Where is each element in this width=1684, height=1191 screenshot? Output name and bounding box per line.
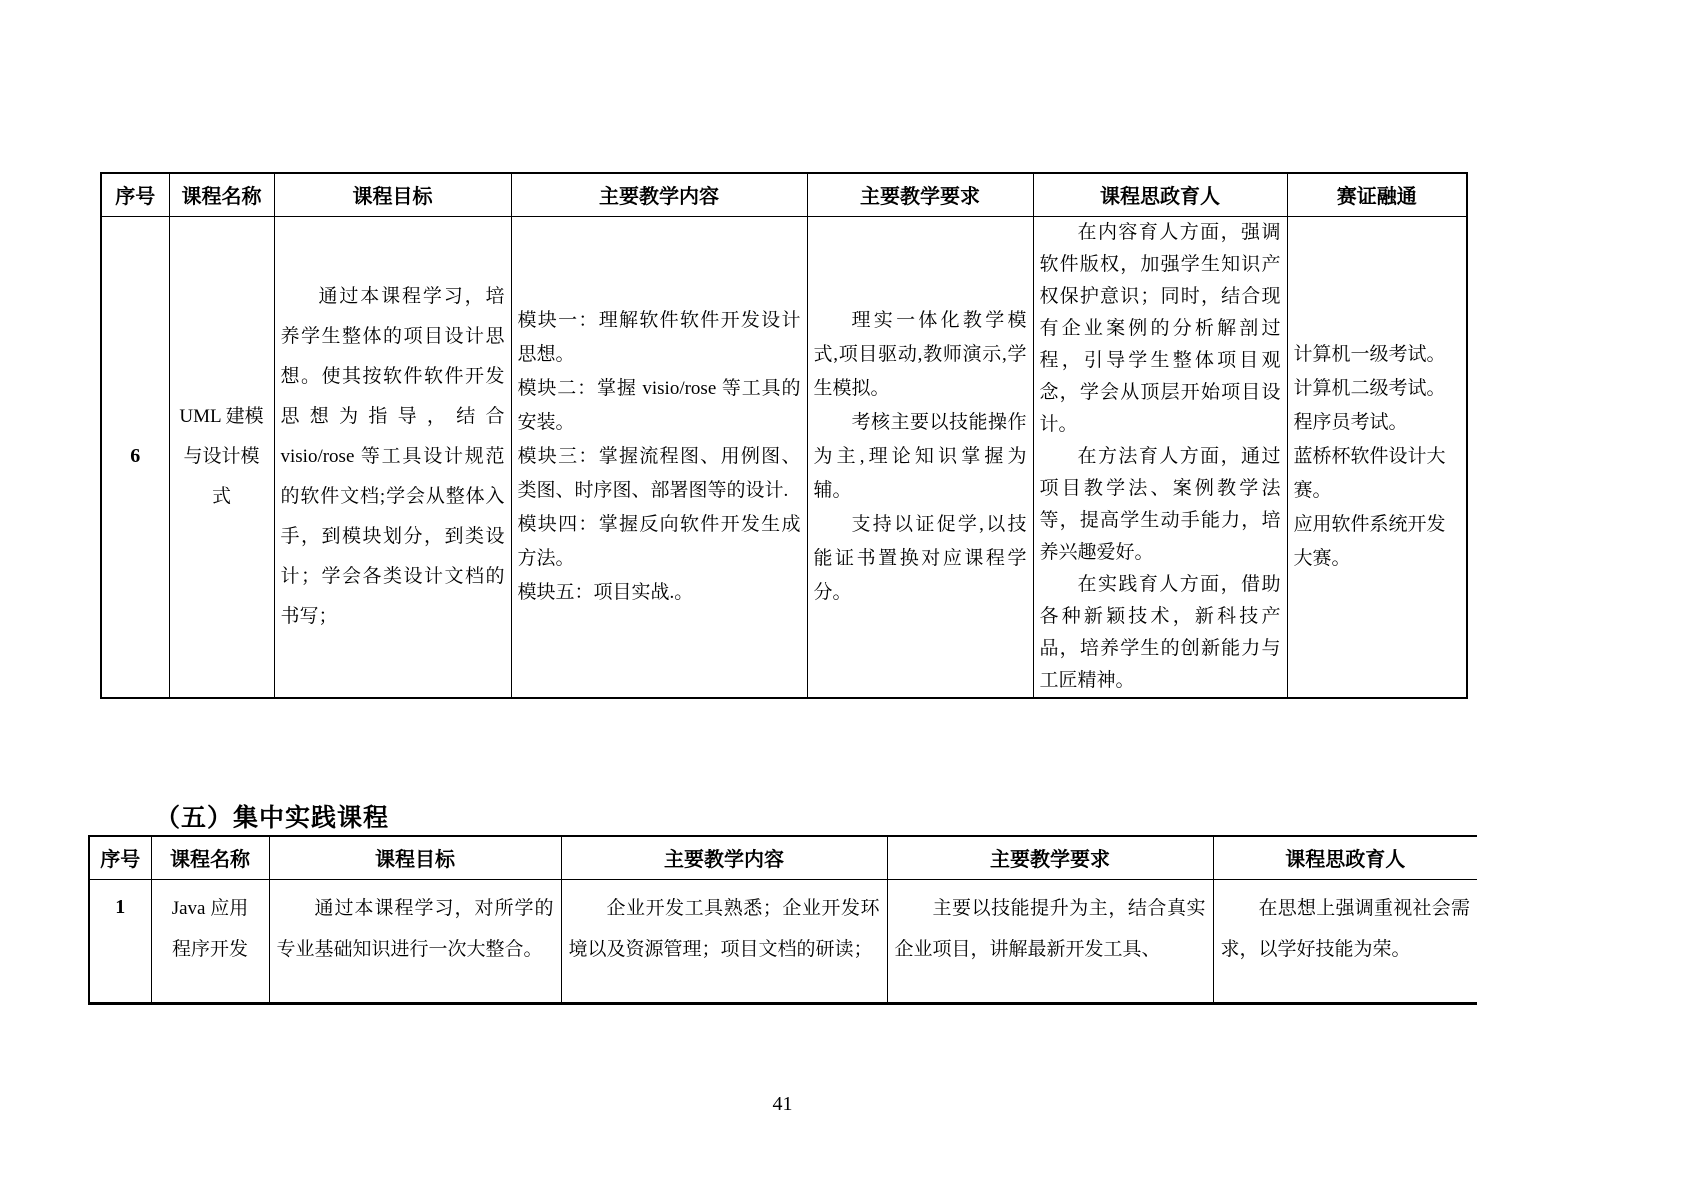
content-paragraph: 企业开发工具熟悉；企业开发环境以及资源管理；项目文档的研读； xyxy=(569,888,880,970)
table1-header-ideology: 课程思政育人 xyxy=(1033,173,1287,216)
course-name: Java 应用程序开发 xyxy=(151,879,269,1005)
competition-item: 蓝桥杯软件设计大赛。 xyxy=(1294,440,1461,508)
table2-header-ideology: 课程思政育人 xyxy=(1213,836,1477,879)
table2-header-content: 主要教学内容 xyxy=(561,836,887,879)
ideology-paragraph: 在方法育人方面，通过项目教学法、案例教学法等，提高学生动手能力，培养兴趣爱好。 xyxy=(1040,441,1281,569)
objective-paragraph: 通过本课程学习，培养学生整体的项目设计思想。使其按软件软件开发思想为指导，结合 … xyxy=(281,277,505,637)
table2-header-course-name: 课程名称 xyxy=(151,836,269,879)
content-module-5: 模块五：项目实战.。 xyxy=(518,576,801,610)
teaching-requirements-cell: 主要以技能提升为主，结合真实企业项目，讲解最新开发工具、 xyxy=(887,879,1213,1005)
course-number: 6 xyxy=(101,216,169,698)
table2-header-requirements: 主要教学要求 xyxy=(887,836,1213,879)
table2-header-no: 序号 xyxy=(89,836,151,879)
requirement-paragraph: 支持以证促学,以技能证书置换对应课程学分。 xyxy=(814,508,1027,610)
content-module-3: 模块三：掌握流程图、用例图、类图、时序图、部署图等的设计. xyxy=(518,440,801,508)
table1-header-competition: 赛证融通 xyxy=(1287,173,1467,216)
table2-header-objective: 课程目标 xyxy=(269,836,561,879)
table1-header-row: 序号 课程名称 课程目标 主要教学内容 主要教学要求 课程思政育人 赛证融通 xyxy=(101,173,1467,216)
course-name: UML 建模与设计模式 xyxy=(169,216,274,698)
table1-header-content: 主要教学内容 xyxy=(511,173,807,216)
objective-paragraph: 通过本课程学习，对所学的专业基础知识进行一次大整合。 xyxy=(277,888,554,970)
competition-item: 计算机一级考试。 xyxy=(1294,338,1461,372)
table-row: 1 Java 应用程序开发 通过本课程学习，对所学的专业基础知识进行一次大整合。… xyxy=(89,879,1477,1005)
competition-item: 计算机二级考试。 xyxy=(1294,372,1461,406)
teaching-requirements-cell: 理实一体化教学模式,项目驱动,教师演示,学生模拟。 考核主要以技能操作为主,理论… xyxy=(807,216,1033,698)
requirement-paragraph: 主要以技能提升为主，结合真实企业项目，讲解最新开发工具、 xyxy=(895,888,1206,970)
document-page: 序号 课程名称 课程目标 主要教学内容 主要教学要求 课程思政育人 赛证融通 6… xyxy=(0,0,1684,1191)
course-number: 1 xyxy=(89,879,151,1005)
competition-cell: 计算机一级考试。 计算机二级考试。 程序员考试。 蓝桥杯软件设计大赛。 应用软件… xyxy=(1287,216,1467,698)
course-objective-cell: 通过本课程学习，对所学的专业基础知识进行一次大整合。 xyxy=(269,879,561,1005)
practice-course-table-clip: 序号 课程名称 课程目标 主要教学内容 主要教学要求 课程思政育人 1 Java… xyxy=(88,835,1477,1005)
table1-header-requirements: 主要教学要求 xyxy=(807,173,1033,216)
page-number: 41 xyxy=(88,1093,1477,1116)
practice-course-table: 序号 课程名称 课程目标 主要教学内容 主要教学要求 课程思政育人 1 Java… xyxy=(88,835,1477,1005)
ideology-paragraph: 在思想上强调重视社会需求，以学好技能为荣。 xyxy=(1221,888,1471,970)
content-module-1: 模块一：理解软件软件开发设计思想。 xyxy=(518,304,801,372)
competition-item: 程序员考试。 xyxy=(1294,406,1461,440)
course-objective-cell: 通过本课程学习，培养学生整体的项目设计思想。使其按软件软件开发思想为指导，结合 … xyxy=(274,216,511,698)
table1-header-no: 序号 xyxy=(101,173,169,216)
table-row: 6 UML 建模与设计模式 通过本课程学习，培养学生整体的项目设计思想。使其按软… xyxy=(101,216,1467,698)
section-heading: （五）集中实践课程 xyxy=(155,798,389,834)
table1-header-course-name: 课程名称 xyxy=(169,173,274,216)
table1-header-objective: 课程目标 xyxy=(274,173,511,216)
requirement-paragraph: 理实一体化教学模式,项目驱动,教师演示,学生模拟。 xyxy=(814,304,1027,406)
ideology-paragraph: 在实践育人方面，借助各种新颖技术，新科技产品，培养学生的创新能力与工匠精神。 xyxy=(1040,569,1281,697)
course-table-advanced: 序号 课程名称 课程目标 主要教学内容 主要教学要求 课程思政育人 赛证融通 6… xyxy=(100,172,1468,699)
course-name-text: Java 应用程序开发 xyxy=(164,888,256,970)
ideology-cell: 在思想上强调重视社会需求，以学好技能为荣。 xyxy=(1213,879,1477,1005)
competition-item: 应用软件系统开发大赛。 xyxy=(1294,508,1461,576)
content-module-4: 模块四：掌握反向软件开发生成方法。 xyxy=(518,508,801,576)
teaching-content-cell: 企业开发工具熟悉；企业开发环境以及资源管理；项目文档的研读； xyxy=(561,879,887,1005)
requirement-paragraph: 考核主要以技能操作为主,理论知识掌握为辅。 xyxy=(814,406,1027,508)
course-name-text: UML 建模与设计模式 xyxy=(179,397,265,517)
content-module-2: 模块二：掌握 visio/rose 等工具的安装。 xyxy=(518,372,801,440)
ideology-paragraph: 在内容育人方面，强调软件版权，加强学生知识产权保护意识；同时，结合现有企业案例的… xyxy=(1040,217,1281,441)
ideology-cell: 在内容育人方面，强调软件版权，加强学生知识产权保护意识；同时，结合现有企业案例的… xyxy=(1033,216,1287,698)
teaching-content-cell: 模块一：理解软件软件开发设计思想。 模块二：掌握 visio/rose 等工具的… xyxy=(511,216,807,698)
table2-header-row: 序号 课程名称 课程目标 主要教学内容 主要教学要求 课程思政育人 xyxy=(89,836,1477,879)
